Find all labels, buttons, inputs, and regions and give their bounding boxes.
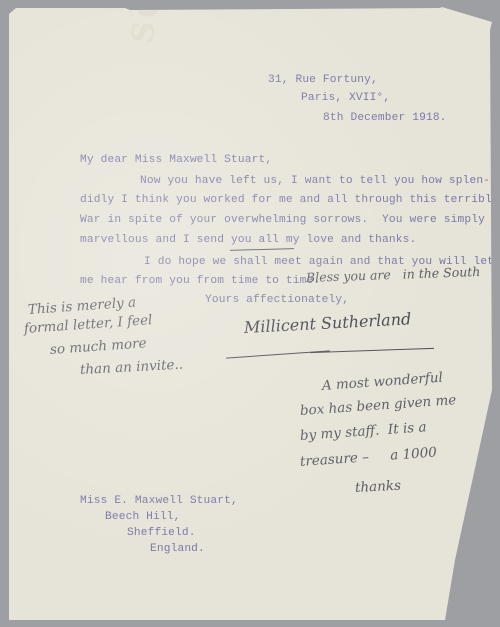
- signature: Millicent Sutherland: [244, 309, 412, 337]
- letter-date: 8th December 1918.: [323, 112, 447, 124]
- body-line: didly I think you worked for me and all …: [80, 194, 499, 206]
- address-street: 31, Rue Fortuny,: [268, 74, 378, 86]
- body-line: me hear from you from time to time.: [80, 275, 320, 287]
- signature-flourish: [226, 350, 330, 358]
- postscript-line: by my staff. It is a: [299, 419, 427, 444]
- signature-underline: [310, 348, 434, 353]
- recipient-name: Miss E. Maxwell Stuart,: [80, 495, 238, 507]
- recipient-street: Beech Hill,: [105, 511, 181, 523]
- body-line: marvellous and I send you all my love an…: [80, 234, 416, 246]
- salutation: My dear Miss Maxwell Stuart,: [80, 154, 272, 166]
- body-line: War in spite of your overwhelming sorrow…: [80, 214, 485, 226]
- body-line: Now you have left us, I want to tell you…: [140, 175, 490, 187]
- handwritten-underline: [230, 248, 294, 251]
- body-line: I do hope we shall meet again and that y…: [144, 256, 494, 268]
- margin-note-line: than an invite..: [80, 357, 184, 378]
- address-city: Paris, XVII°,: [301, 92, 390, 104]
- closing: Yours affectionately,: [205, 294, 349, 306]
- letter-paper: SONDS 1927 31, Rue Fortuny, Paris, XVII°…: [0, 0, 500, 627]
- postscript-line: box has been given me: [299, 392, 456, 419]
- paper-watermark: SONDS 1927: [125, 0, 204, 46]
- postscript-line: A most wonderful: [321, 370, 443, 394]
- postscript-line: thanks: [355, 478, 402, 496]
- recipient-country: England.: [150, 543, 205, 555]
- postscript-line: treasure – a 1000: [299, 444, 437, 470]
- margin-note-line: so much more: [49, 335, 147, 358]
- recipient-city: Sheffield.: [127, 527, 196, 539]
- margin-note-line: This is merely a: [27, 294, 136, 318]
- margin-note-line: formal letter, I feel: [23, 312, 152, 337]
- handwritten-inline-addition: Bless you are in the South: [306, 264, 481, 285]
